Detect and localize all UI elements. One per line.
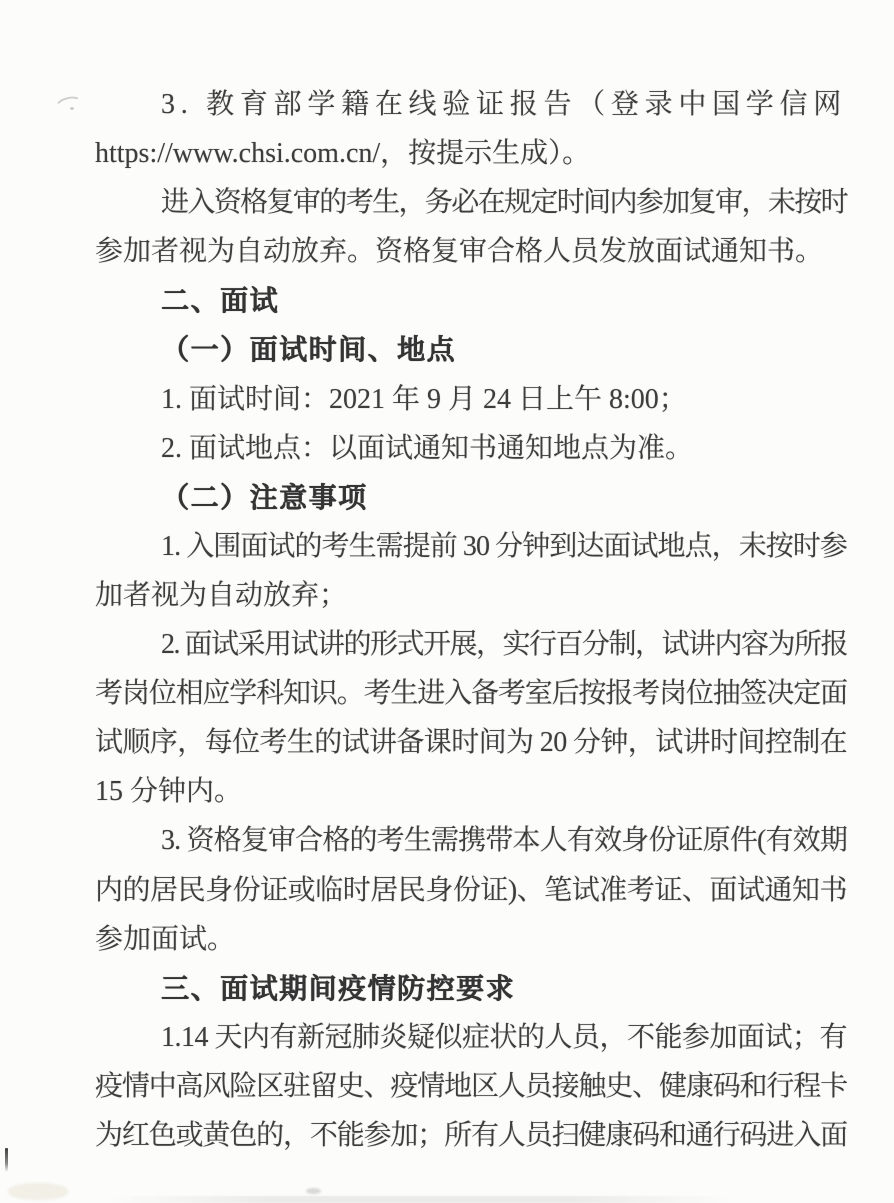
text-line: 1. 入围面试的考生需提前 30 分钟到达面试地点，未按时参 — [95, 522, 847, 571]
text-line-content: 1. 入围面试的考生需提前 30 分钟到达面试地点，未按时参 — [161, 531, 847, 562]
text-line: 考岗位相应学科知识。考生进入备考室后按报考岗位抽签决定面 — [95, 669, 847, 718]
text-line-content: 1.14 天内有新冠肺炎疑似症状的人员，不能参加面试；有 — [161, 1022, 847, 1053]
text-line: 15 分钟内。 — [95, 767, 847, 816]
text-line-content: 加者视为自动放弃； — [95, 571, 347, 620]
text-line-content: 为红色或黄色的，不能参加；所有人员扫健康码和通行码进入面 — [95, 1120, 847, 1151]
subsection-heading-notes: （二）注意事项 — [95, 473, 847, 522]
text-line-content: 考岗位相应学科知识。考生进入备考室后按报考岗位抽签决定面 — [95, 678, 847, 709]
text-line: 为红色或黄色的，不能参加；所有人员扫健康码和通行码进入面 — [95, 1111, 847, 1160]
text-line-content: 进入资格复审的考生，务必在规定时间内参加复审，未按时 — [161, 187, 847, 218]
heading-content: （一）面试时间、地点 — [161, 325, 456, 374]
text-line: 进入资格复审的考生，务必在规定时间内参加复审，未按时 — [95, 178, 847, 227]
text-line-interview-location: 2. 面试地点：以面试通知书通知地点为准。 — [95, 424, 847, 473]
text-line-content: 疫情中高风险区驻留史、疫情地区人员接触史、健康码和行程卡 — [95, 1071, 847, 1102]
section-heading-interview: 二、面试 — [95, 276, 847, 325]
text-line: 内的居民身份证或临时居民身份证)、笔试准考证、面试通知书 — [95, 866, 847, 915]
text-line: 参加面试。 — [95, 915, 847, 964]
text-line-content: 参加者视为自动放弃。资格复审合格人员发放面试通知书。 — [95, 227, 823, 276]
text-line-chsi-url: https://www.chsi.com.cn/，按提示生成）。 — [95, 129, 847, 178]
text-line-content: 15 分钟内。 — [95, 767, 242, 816]
text-line: 试顺序，每位考生的试讲备课时间为 20 分钟，试讲时间控制在 — [95, 718, 847, 767]
text-line-content: https://www.chsi.com.cn/，按提示生成）。 — [95, 129, 590, 178]
text-line-content: 3. 教育部学籍在线验证报告（登录中国学信网 — [161, 89, 847, 120]
heading-content: 三、面试期间疫情防控要求 — [161, 964, 515, 1013]
subsection-heading-time-location: （一）面试时间、地点 — [95, 325, 847, 374]
heading-content: （二）注意事项 — [161, 473, 368, 522]
text-line-content: 参加面试。 — [95, 915, 235, 964]
pencil-mark — [53, 94, 84, 117]
scan-smudge — [8, 1183, 68, 1200]
scan-smudge — [306, 1188, 321, 1194]
heading-content: 二、面试 — [161, 276, 279, 325]
text-line-content: 3. 资格复审合格的考生需携带本人有效身份证原件(有效期 — [161, 825, 847, 856]
scan-edge-tick — [5, 1148, 8, 1172]
text-line-content: 试顺序，每位考生的试讲备课时间为 20 分钟，试讲时间控制在 — [95, 727, 847, 758]
text-line-content: 1. 面试时间：2021 年 9 月 24 日上午 8:00； — [161, 375, 687, 424]
section-heading-epidemic-control: 三、面试期间疫情防控要求 — [95, 964, 847, 1013]
text-line: 3. 教育部学籍在线验证报告（登录中国学信网 — [95, 80, 847, 129]
text-line: 疫情中高风险区驻留史、疫情地区人员接触史、健康码和行程卡 — [95, 1062, 847, 1111]
text-line: 3. 资格复审合格的考生需携带本人有效身份证原件(有效期 — [95, 816, 847, 865]
text-line-content: 内的居民身份证或临时居民身份证)、笔试准考证、面试通知书 — [95, 875, 847, 906]
text-line: 参加者视为自动放弃。资格复审合格人员发放面试通知书。 — [95, 227, 847, 276]
text-line: 2. 面试采用试讲的形式开展，实行百分制，试讲内容为所报 — [95, 620, 847, 669]
text-line-content: 2. 面试采用试讲的形式开展，实行百分制，试讲内容为所报 — [161, 629, 847, 660]
scanned-document-page: 3. 教育部学籍在线验证报告（登录中国学信网 https://www.chsi.… — [0, 0, 894, 1203]
document-body-text: 3. 教育部学籍在线验证报告（登录中国学信网 https://www.chsi.… — [95, 80, 847, 1160]
text-line: 1.14 天内有新冠肺炎疑似症状的人员，不能参加面试；有 — [95, 1013, 847, 1062]
text-line-content: 2. 面试地点：以面试通知书通知地点为准。 — [161, 424, 693, 473]
scan-shadow-band — [110, 1196, 730, 1203]
pencil-dot-mark — [70, 107, 74, 110]
text-line: 加者视为自动放弃； — [95, 571, 847, 620]
text-line-interview-time: 1. 面试时间：2021 年 9 月 24 日上午 8:00； — [95, 375, 847, 424]
